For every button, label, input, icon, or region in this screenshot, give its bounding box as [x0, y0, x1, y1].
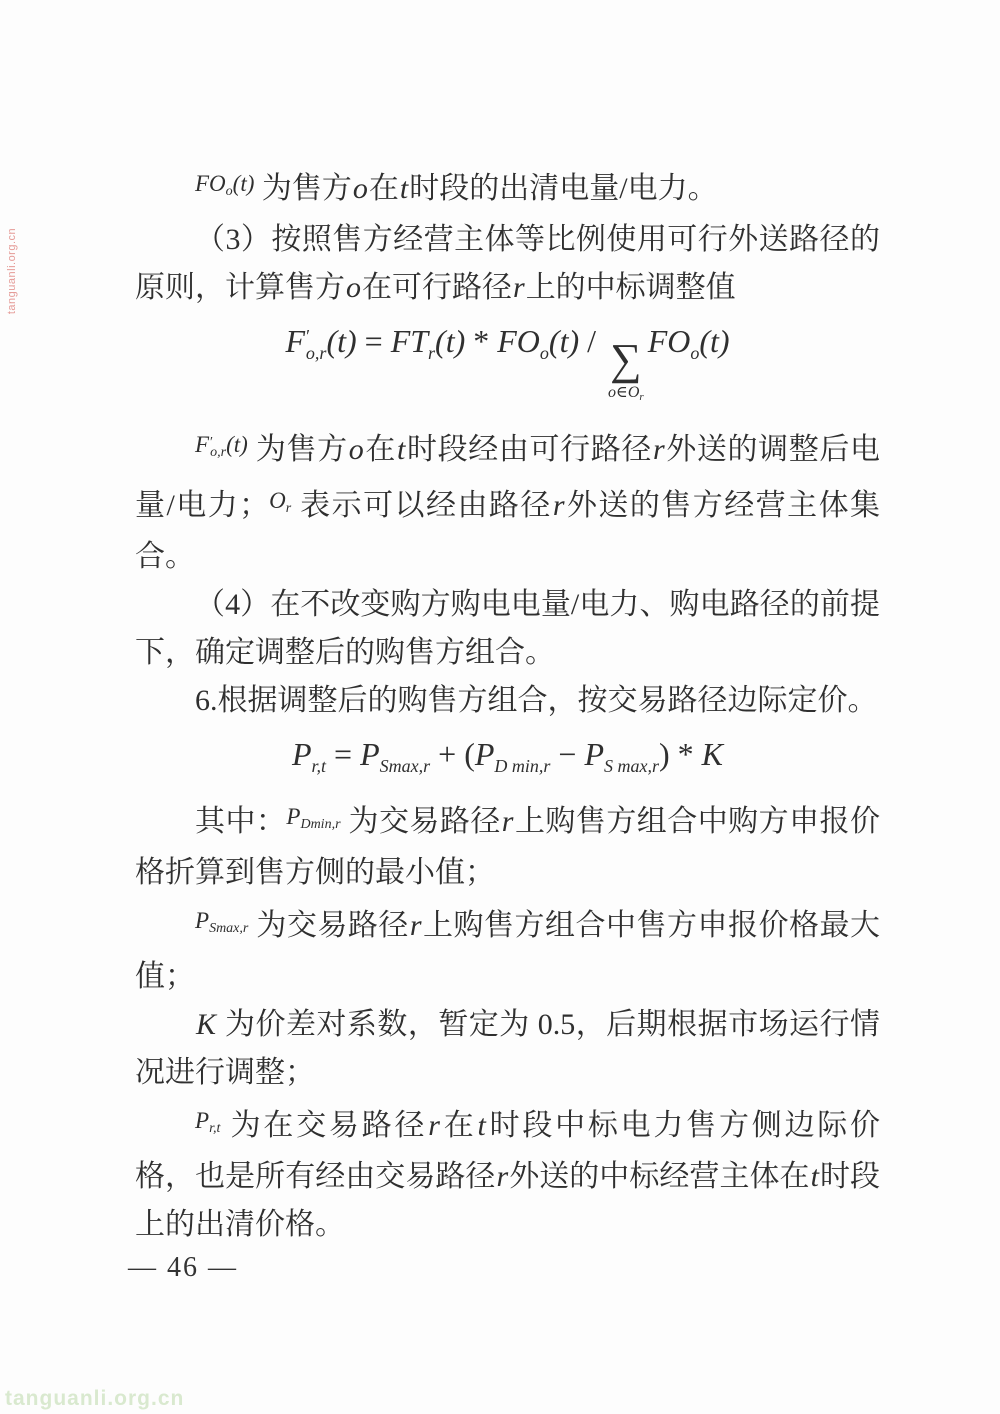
math-token: FTr(t) — [391, 323, 466, 359]
paragraph-fo-definition: FOo(t) 为售方o在t时段的出清电量/电力。 — [135, 160, 880, 216]
formula-marginal-price: Pr,t = PSmax,r + (PD min,r − PS max,r) *… — [135, 725, 880, 793]
math-variable: o — [352, 172, 369, 205]
math-token: PD min,r — [475, 736, 551, 772]
math-token: FOo(t) — [648, 323, 730, 359]
formula-adjusted-volume: F′o,r(t) = FTr(t) * FOo(t) / ∑o∈OrFOo(t) — [135, 312, 880, 419]
document-body: FOo(t) 为售方o在t时段的出清电量/电力。 （3）按照售方经营主体等比例使… — [135, 160, 880, 1249]
paragraph-psmax-definition: PSmax,r 为交易路径r上购售方组合中售方申报价格最大值； — [135, 897, 880, 1001]
math-variable: r — [409, 909, 423, 942]
paragraph-f-definition: F′o,r(t) 为售方o在t时段经由可行路径r外送的调整后电量/电力；Or 表… — [135, 419, 880, 581]
math-token: Pr,t — [292, 736, 326, 772]
math-token: FOo(t) — [497, 323, 579, 359]
page-number: — 46 — — [128, 1252, 238, 1284]
math-variable: t — [476, 1109, 486, 1142]
math-variable: r — [501, 805, 515, 838]
paragraph-prt-definition: Pr,t 为在交易路径r在t时段中标电力售方侧边际价格，也是所有经由交易路径r外… — [135, 1097, 880, 1249]
math-token: PSmax,r — [195, 908, 248, 933]
math-variable: o — [348, 433, 365, 466]
math-variable: t — [810, 1160, 820, 1193]
math-variable: r — [552, 489, 566, 522]
math-token: PSmax,r — [360, 736, 430, 772]
math-variable: K — [195, 1008, 217, 1041]
math-variable: r — [512, 271, 526, 304]
math-token: PDmin,r — [286, 804, 340, 829]
math-token: FOo(t) — [195, 171, 254, 196]
math-variable: K — [702, 736, 723, 772]
paragraph-pdmin-definition: 其中：PDmin,r 为交易路径r上购售方组合中购方申报价格折算到售方侧的最小值… — [135, 793, 880, 897]
math-token: Or — [269, 488, 291, 513]
watermark-bottom: tanguanli.org.cn — [5, 1387, 184, 1411]
watermark-left-vertical: tanguanli.org.cn — [6, 221, 20, 321]
sum-operator: ∑o∈Or — [608, 338, 644, 403]
paragraph-item-6: 6.根据调整后的购售方组合，按交易路径边际定价。 — [135, 677, 880, 725]
math-variable: r — [495, 1160, 509, 1193]
document-page: tanguanli.org.cn FOo(t) 为售方o在t时段的出清电量/电力… — [0, 0, 1000, 1414]
paragraph-k-definition: K 为价差对系数，暂定为 0.5，后期根据市场运行情况进行调整； — [135, 1001, 880, 1097]
math-token: Pr,t — [195, 1108, 220, 1133]
math-variable: t — [399, 172, 409, 205]
math-token: F′o,r(t) — [285, 323, 356, 359]
math-variable: r — [652, 433, 666, 466]
paragraph-item-3: （3）按照售方经营主体等比例使用可行外送路径的原则，计算售方o在可行路径r上的中… — [135, 216, 880, 312]
math-token: F′o,r(t) — [195, 432, 248, 457]
paragraph-item-4: （4）在不改变购方购电电量/电力、购电路径的前提下，确定调整后的购售方组合。 — [135, 581, 880, 677]
math-variable: t — [396, 433, 406, 466]
math-token: PS max,r — [584, 736, 659, 772]
math-variable: r — [427, 1109, 441, 1142]
math-variable: o — [345, 271, 362, 304]
